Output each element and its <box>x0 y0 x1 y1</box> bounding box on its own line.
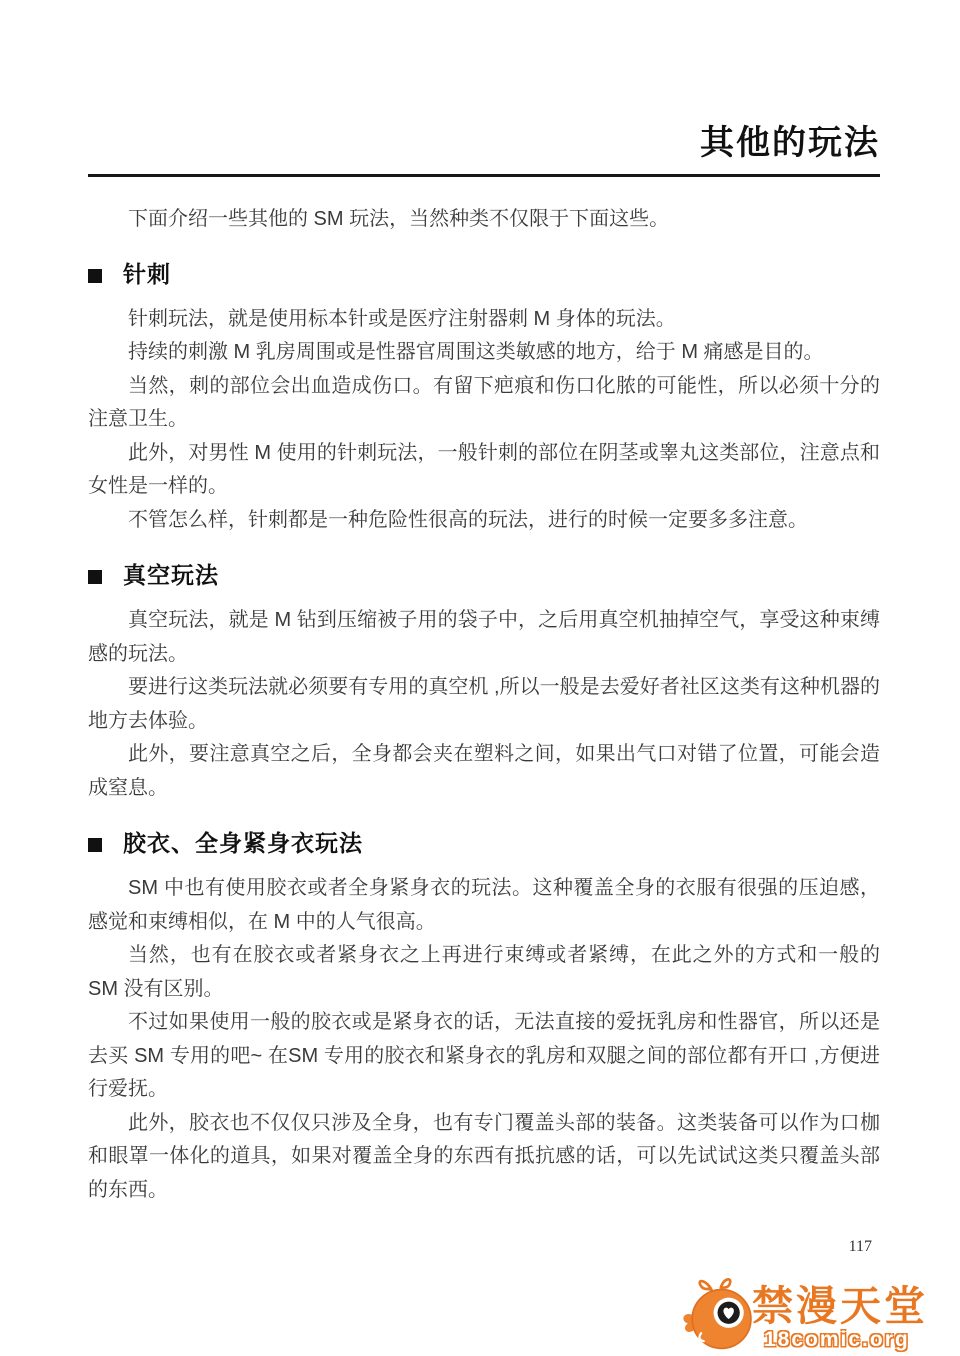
chapter-title: 其他的玩法 <box>88 122 880 165</box>
whale-mascot-icon <box>678 1270 758 1352</box>
paragraph: 此外，要注意真空之后，全身都会夹在塑料之间，如果出气口对错了位置，可能会造成窒息… <box>88 738 880 805</box>
section-title: 针刺 <box>123 260 171 290</box>
section-title: 真空玩法 <box>123 561 219 591</box>
watermark-text: 禁漫天堂 18comic.org <box>752 1286 928 1352</box>
paragraph: SM 中也有使用胶衣或者全身紧身衣的玩法。这种覆盖全身的衣服有很强的压迫感，感觉… <box>88 872 880 939</box>
watermark-site-name: 禁漫天堂 <box>752 1286 928 1327</box>
section-header-vacuum-play: 真空玩法 <box>88 561 880 591</box>
watermark-logo: 禁漫天堂 18comic.org <box>678 1270 928 1352</box>
paragraph: 要进行这类玩法就必须要有专用的真空机 ,所以一般是去爱好者社区这类有这种机器的地… <box>88 671 880 738</box>
watermark-site-url: 18comic.org <box>764 1328 910 1352</box>
paragraph: 针刺玩法，就是使用标本针或是医疗注射器刺 M 身体的玩法。 <box>88 303 880 337</box>
paragraph: 持续的刺激 M 乳房周围或是性器官周围这类敏感的地方，给于 M 痛感是目的。 <box>88 336 880 370</box>
paragraph: 此外，胶衣也不仅仅只涉及全身，也有专门覆盖头部的装备。这类装备可以作为口枷和眼罩… <box>88 1107 880 1208</box>
paragraph: 不过如果使用一般的胶衣或是紧身衣的话，无法直接的爱抚乳房和性器官，所以还是去买 … <box>88 1006 880 1107</box>
section-title: 胶衣、全身紧身衣玩法 <box>123 829 363 859</box>
intro-paragraph: 下面介绍一些其他的 SM 玩法，当然种类不仅限于下面这些。 <box>88 203 880 237</box>
square-bullet-icon <box>88 570 102 584</box>
paragraph: 当然，也有在胶衣或者紧身衣之上再进行束缚或者紧缚，在此之外的方式和一般的 SM … <box>88 939 880 1006</box>
page-content: 其他的玩法 下面介绍一些其他的 SM 玩法，当然种类不仅限于下面这些。 针刺 针… <box>88 0 880 1207</box>
paragraph: 当然，刺的部位会出血造成伤口。有留下疤痕和伤口化脓的可能性，所以必须十分的注意卫… <box>88 370 880 437</box>
page-number: 117 <box>849 1238 872 1256</box>
title-divider <box>88 174 880 177</box>
paragraph: 不管怎么样，针刺都是一种危险性很高的玩法，进行的时候一定要多多注意。 <box>88 504 880 538</box>
document-page: 其他的玩法 下面介绍一些其他的 SM 玩法，当然种类不仅限于下面这些。 针刺 针… <box>0 0 960 1356</box>
paragraph: 真空玩法，就是 M 钻到压缩被子用的袋子中，之后用真空机抽掉空气，享受这种束缚感… <box>88 604 880 671</box>
square-bullet-icon <box>88 838 102 852</box>
paragraph: 此外，对男性 M 使用的针刺玩法，一般针刺的部位在阴茎或睾丸这类部位，注意点和女… <box>88 437 880 504</box>
section-header-needle-play: 针刺 <box>88 260 880 290</box>
square-bullet-icon <box>88 269 102 283</box>
section-header-latex-bodysuit-play: 胶衣、全身紧身衣玩法 <box>88 829 880 859</box>
